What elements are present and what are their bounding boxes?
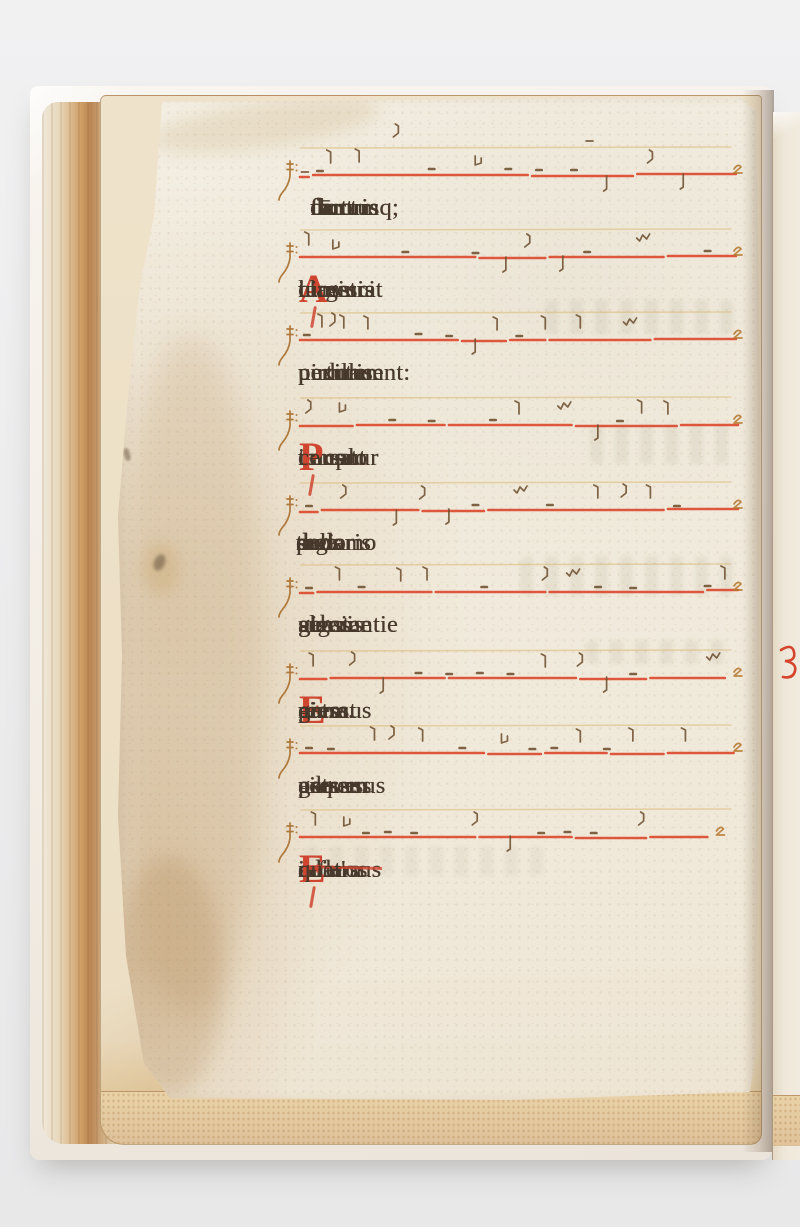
ink-showthrough: [545, 300, 735, 334]
folio-page: [110, 96, 760, 1101]
ink-showthrough: [520, 556, 735, 596]
facing-page-edge: [772, 112, 800, 1160]
ink-showthrough: [590, 424, 735, 464]
ink-showthrough: [305, 846, 545, 876]
parchment-fleck: [123, 447, 132, 461]
ink-showthrough: [585, 640, 735, 664]
gutter-shadow: [742, 90, 774, 1152]
manuscript-photo: dīfactumcarofructusq;uentrisfloruit.Aluu…: [0, 0, 800, 1227]
red-ornament-icon: [773, 112, 800, 1160]
